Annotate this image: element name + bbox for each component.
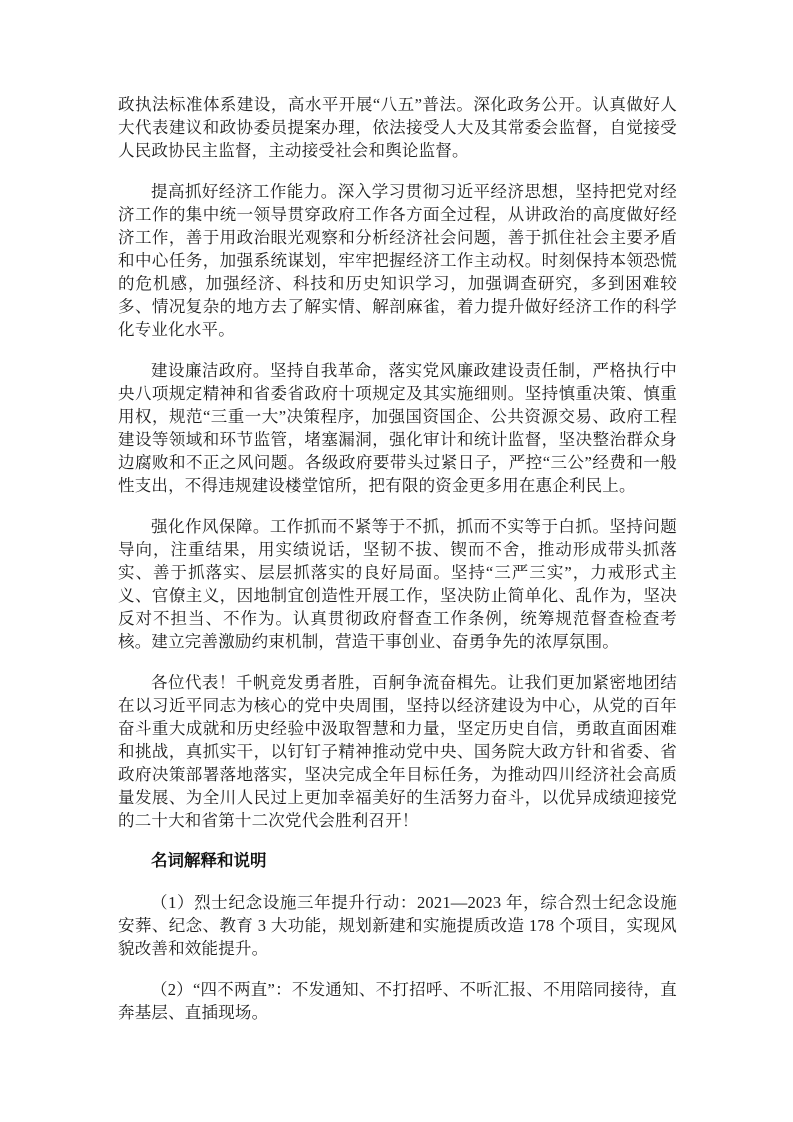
- paragraph-economic-work-ability: 提高抓好经济工作能力。深入学习贯彻习近平经济思想，坚持把党对经济工作的集中统一领…: [118, 180, 677, 341]
- document-page: 政执法标准体系建设，高水平开展“八五”普法。深化政务公开。认真做好人大代表建议和…: [0, 0, 793, 1122]
- section-heading-glossary: 名词解释和说明: [118, 850, 677, 873]
- glossary-item-2: （2）“四不两直”：不发通知、不打招呼、不听汇报、不用陪同接待，直奔基层、直插现…: [118, 978, 677, 1024]
- paragraph-clean-government: 建设廉洁政府。坚持自我革命，落实党风廉政建设责任制，严格执行中央八项规定精神和省…: [118, 359, 677, 497]
- paragraph-closing-address: 各位代表！千帆竞发勇者胜，百舸争流奋楫先。让我们更加紧密地团结在以习近平同志为核…: [118, 671, 677, 832]
- glossary-item-1: （1）烈士纪念设施三年提升行动：2021—2023 年，综合烈士纪念设施安葬、纪…: [118, 891, 677, 960]
- continued-paragraph: 政执法标准体系建设，高水平开展“八五”普法。深化政务公开。认真做好人大代表建议和…: [118, 93, 677, 162]
- paragraph-work-style-guarantee: 强化作风保障。工作抓而不紧等于不抓，抓而不实等于白抓。坚持问题导向，注重结果，用…: [118, 515, 677, 653]
